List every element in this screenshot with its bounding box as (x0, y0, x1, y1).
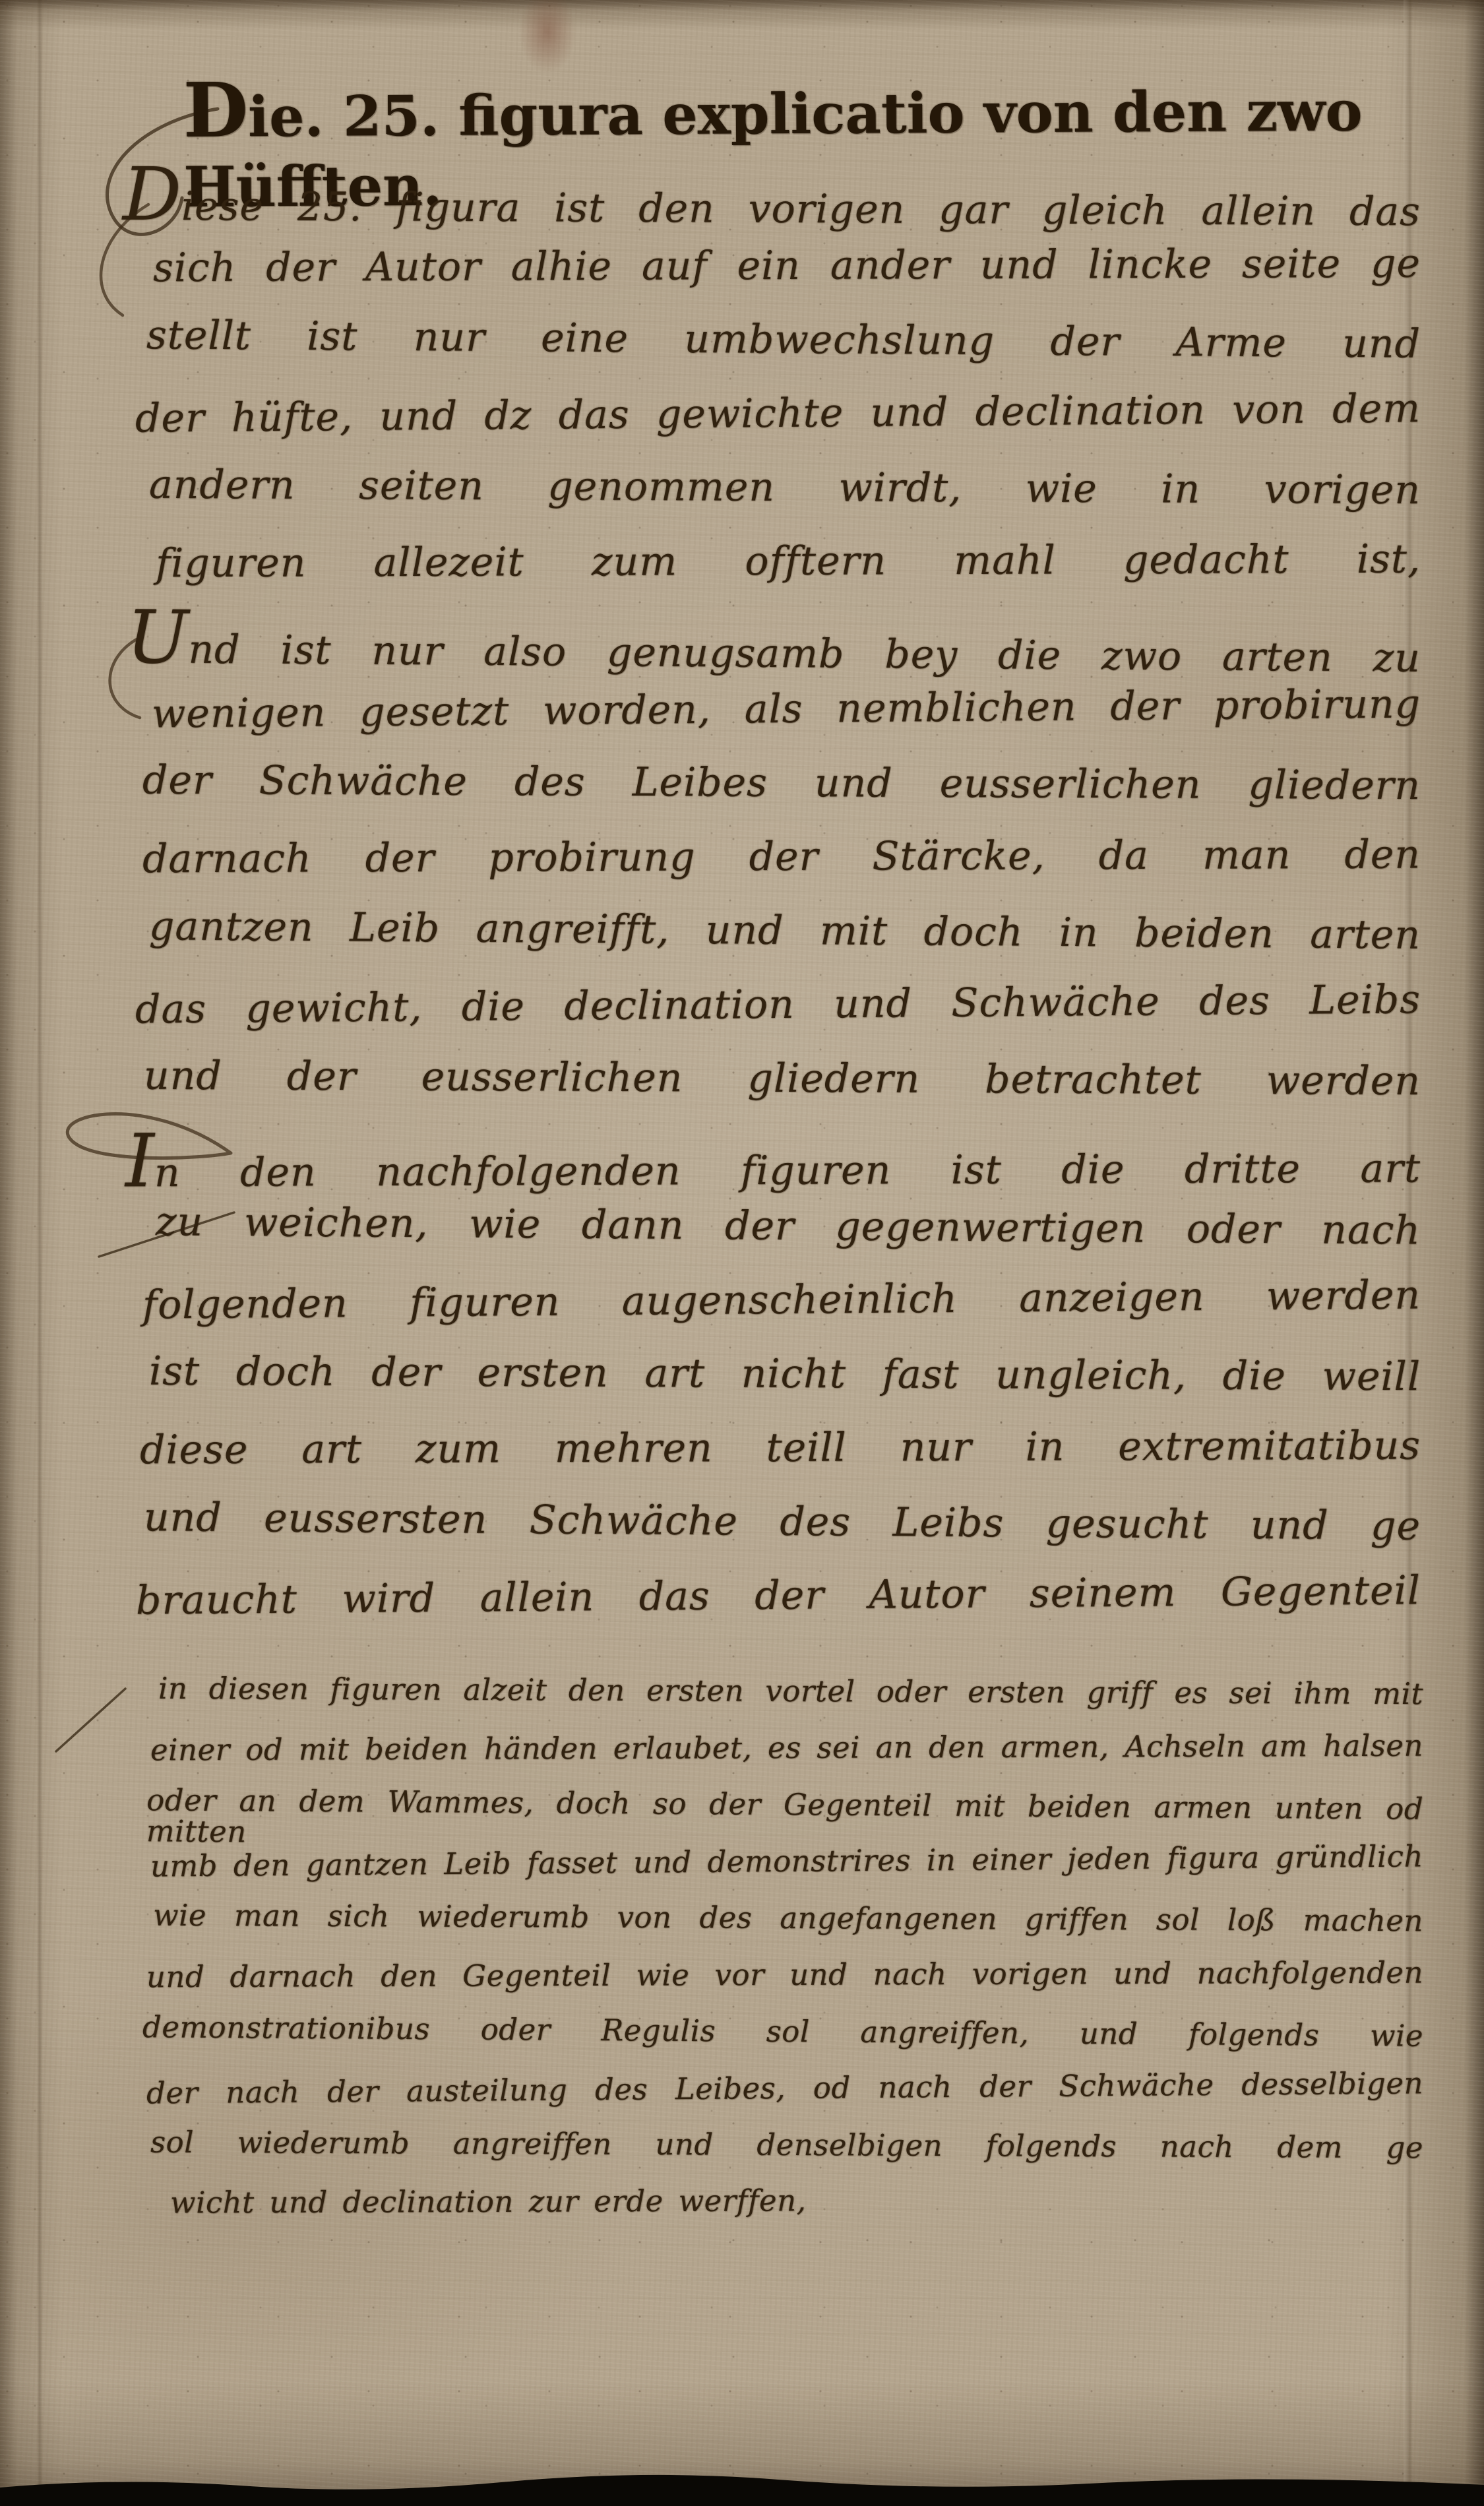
bottom-shadow-shape (0, 2475, 1484, 2506)
text-line: der hüfte, und dz das gewichte und decli… (135, 388, 1421, 439)
text-line: wie man sich wiederumb von des angefange… (153, 1900, 1423, 1937)
text-line: und der eusserlichen gliedern betrachtet… (144, 1055, 1421, 1102)
text-line: braucht wird allein das der Autor seinem… (136, 1570, 1421, 1621)
text-line: gantzen Leib angreifft, und mit doch in … (149, 906, 1421, 956)
text-line: wicht und declination zur erde werffen, (170, 2185, 807, 2218)
text-line: stellt ist nur eine umbwechslung der Arm… (146, 315, 1421, 365)
manuscript-photo: Die. 25. figura explicatio von den zwo H… (0, 0, 1484, 2506)
text-line: andern seiten genommen wirdt, wie in vor… (149, 464, 1421, 511)
paragraph-start-line: Diese 25. figura ist den vorigen gar gle… (123, 168, 1421, 234)
text-line: und eussersten Schwäche des Leibs gesuch… (144, 1497, 1421, 1548)
text-line: das gewicht, die declination und Schwäch… (135, 979, 1421, 1030)
text-line: sol wiederumb angreiffen und denselbigen… (150, 2127, 1423, 2164)
text-line: diese art zum mehren teill nur in extrem… (140, 1425, 1421, 1472)
text-line: sich der Autor alhie auf ein ander und l… (153, 243, 1421, 290)
page-edge-bottom (0, 2453, 1484, 2506)
text-line: zu weichen, wie dann der gegenwertigen o… (156, 1201, 1421, 1251)
text-line: figuren allezeit zum offtern mahl gedach… (156, 539, 1421, 585)
text-line: folgenden figuren augenscheinlich anzeig… (142, 1274, 1421, 1326)
text-line: in diesen figuren alzeit den ersten vort… (158, 1673, 1423, 1710)
text-line: wenigen gesetzt worden, als nemblichen d… (152, 683, 1421, 735)
text-line: darnach der probirung der Stärcke, da ma… (142, 834, 1421, 881)
text-line: ist doch der ersten art nicht fast ungle… (149, 1351, 1421, 1398)
text-line: einer od mit beiden händen erlaubet, es … (150, 1730, 1423, 1766)
text-line: und darnach den Gegenteil wie vor und na… (146, 1957, 1423, 1993)
text-line: demonstrationibus oder Regulis sol angre… (142, 2011, 1423, 2052)
paragraph-start-line: Und ist nur also genugsamb bey die zwo a… (127, 610, 1421, 679)
text-line: der Schwäche des Leibes und eusserlichen… (142, 760, 1421, 807)
paragraph-start-line: In den nachfolgenden figuren ist die dri… (125, 1130, 1421, 1195)
